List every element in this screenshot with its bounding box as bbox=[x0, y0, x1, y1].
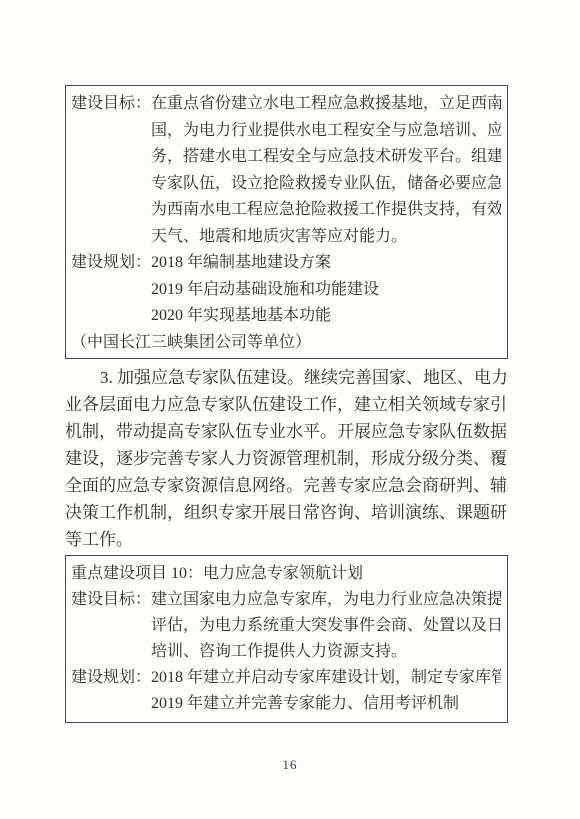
document-page: 建设目标： 在重点省份建立水电工程应急救援基地，立足西南，辐射全 国，为电力行业… bbox=[0, 0, 580, 819]
goal-row: 建设目标： 在重点省份建立水电工程应急救援基地，立足西南，辐射全 国，为电力行业… bbox=[71, 91, 501, 250]
plan-row: 建设规划： 2018 年编制基地建设方案 2019 年启动基础设施和功能建设 2… bbox=[71, 250, 501, 330]
unit-note: （中国长江三峡集团公司等单位） bbox=[71, 330, 501, 357]
paragraph-line: 决策工作机制，组织专家开展日常咨询、培训演练、课题研究 bbox=[65, 499, 508, 526]
plan-item: 2020 年实现基地基本功能 bbox=[151, 303, 501, 330]
plan-item: 2018 年建立并启动专家库建设计划，制定专家库管理办法 bbox=[151, 665, 501, 691]
page-number: 16 bbox=[0, 757, 580, 773]
plan-row: 建设规划： 2018 年建立并启动专家库建设计划，制定专家库管理办法 2019 … bbox=[71, 665, 501, 717]
plan-label: 建设规划： bbox=[71, 250, 151, 277]
project-box-expert-program: 重点建设项目 10：电力应急专家领航计划 建设目标： 建立国家电力应急专家库，为… bbox=[65, 555, 508, 723]
goal-line: 为西南水电工程应急抢险救援工作提供支持，有效提高极端 bbox=[151, 197, 501, 224]
plan-item: 2018 年编制基地建设方案 bbox=[151, 250, 501, 277]
plan-item: 2019 年启动基础设施和功能建设 bbox=[151, 277, 501, 304]
goal-line: 评估，为电力系统重大突发事件会商、处置以及日常的应急 bbox=[151, 613, 501, 639]
goal-line: 培训、咨询工作提供人力资源支持。 bbox=[151, 639, 501, 665]
section-3-paragraph: 3. 加强应急专家队伍建设。继续完善国家、地区、电力企 业各层面电力应急专家队伍… bbox=[65, 364, 508, 553]
paragraph-line: 建设，逐步完善专家人力资源管理机制，形成分级分类、覆盖 bbox=[65, 445, 508, 472]
goal-line: 务，搭建水电工程安全与应急技术研发平台。组建应急管理 bbox=[151, 144, 501, 171]
goal-line: 建立国家电力应急专家库，为电力行业应急决策提供咨询和 bbox=[151, 587, 501, 613]
plan-content: 2018 年建立并启动专家库建设计划，制定专家库管理办法 2019 年建立并完善… bbox=[151, 665, 501, 717]
goal-line: 国，为电力行业提供水电工程安全与应急培训、应急演练服 bbox=[151, 118, 501, 145]
goal-content: 建立国家电力应急专家库，为电力行业应急决策提供咨询和 评估，为电力系统重大突发事… bbox=[151, 587, 501, 665]
goal-content: 在重点省份建立水电工程应急救援基地，立足西南，辐射全 国，为电力行业提供水电工程… bbox=[151, 91, 501, 250]
paragraph-line: 3. 加强应急专家队伍建设。继续完善国家、地区、电力企 bbox=[65, 364, 508, 391]
paragraph-line: 业各层面电力应急专家队伍建设工作，建立相关领域专家引领 bbox=[65, 391, 508, 418]
goal-row: 建设目标： 建立国家电力应急专家库，为电力行业应急决策提供咨询和 评估，为电力系… bbox=[71, 587, 501, 665]
plan-content: 2018 年编制基地建设方案 2019 年启动基础设施和功能建设 2020 年实… bbox=[151, 250, 501, 330]
project-title: 重点建设项目 10：电力应急专家领航计划 bbox=[71, 561, 501, 587]
goal-line: 在重点省份建立水电工程应急救援基地，立足西南，辐射全 bbox=[151, 91, 501, 118]
goal-line: 天气、地震和地质灾害等应对能力。 bbox=[151, 224, 501, 251]
paragraph-line: 等工作。 bbox=[65, 526, 508, 553]
goal-line: 专家队伍，设立抢险救援专业队伍，储备必要应急装备物资， bbox=[151, 171, 501, 198]
goal-label: 建设目标： bbox=[71, 91, 151, 118]
paragraph-line: 机制，带动提高专家队伍专业水平。开展应急专家队伍数据库 bbox=[65, 418, 508, 445]
plan-item: 2019 年建立并完善专家能力、信用考评机制 bbox=[151, 691, 501, 717]
goal-label: 建设目标： bbox=[71, 587, 151, 613]
paragraph-line: 全面的应急专家资源信息网络。完善专家应急会商研判、辅助 bbox=[65, 472, 508, 499]
project-box-hydropower-base: 建设目标： 在重点省份建立水电工程应急救援基地，立足西南，辐射全 国，为电力行业… bbox=[65, 85, 508, 359]
plan-label: 建设规划： bbox=[71, 665, 151, 691]
